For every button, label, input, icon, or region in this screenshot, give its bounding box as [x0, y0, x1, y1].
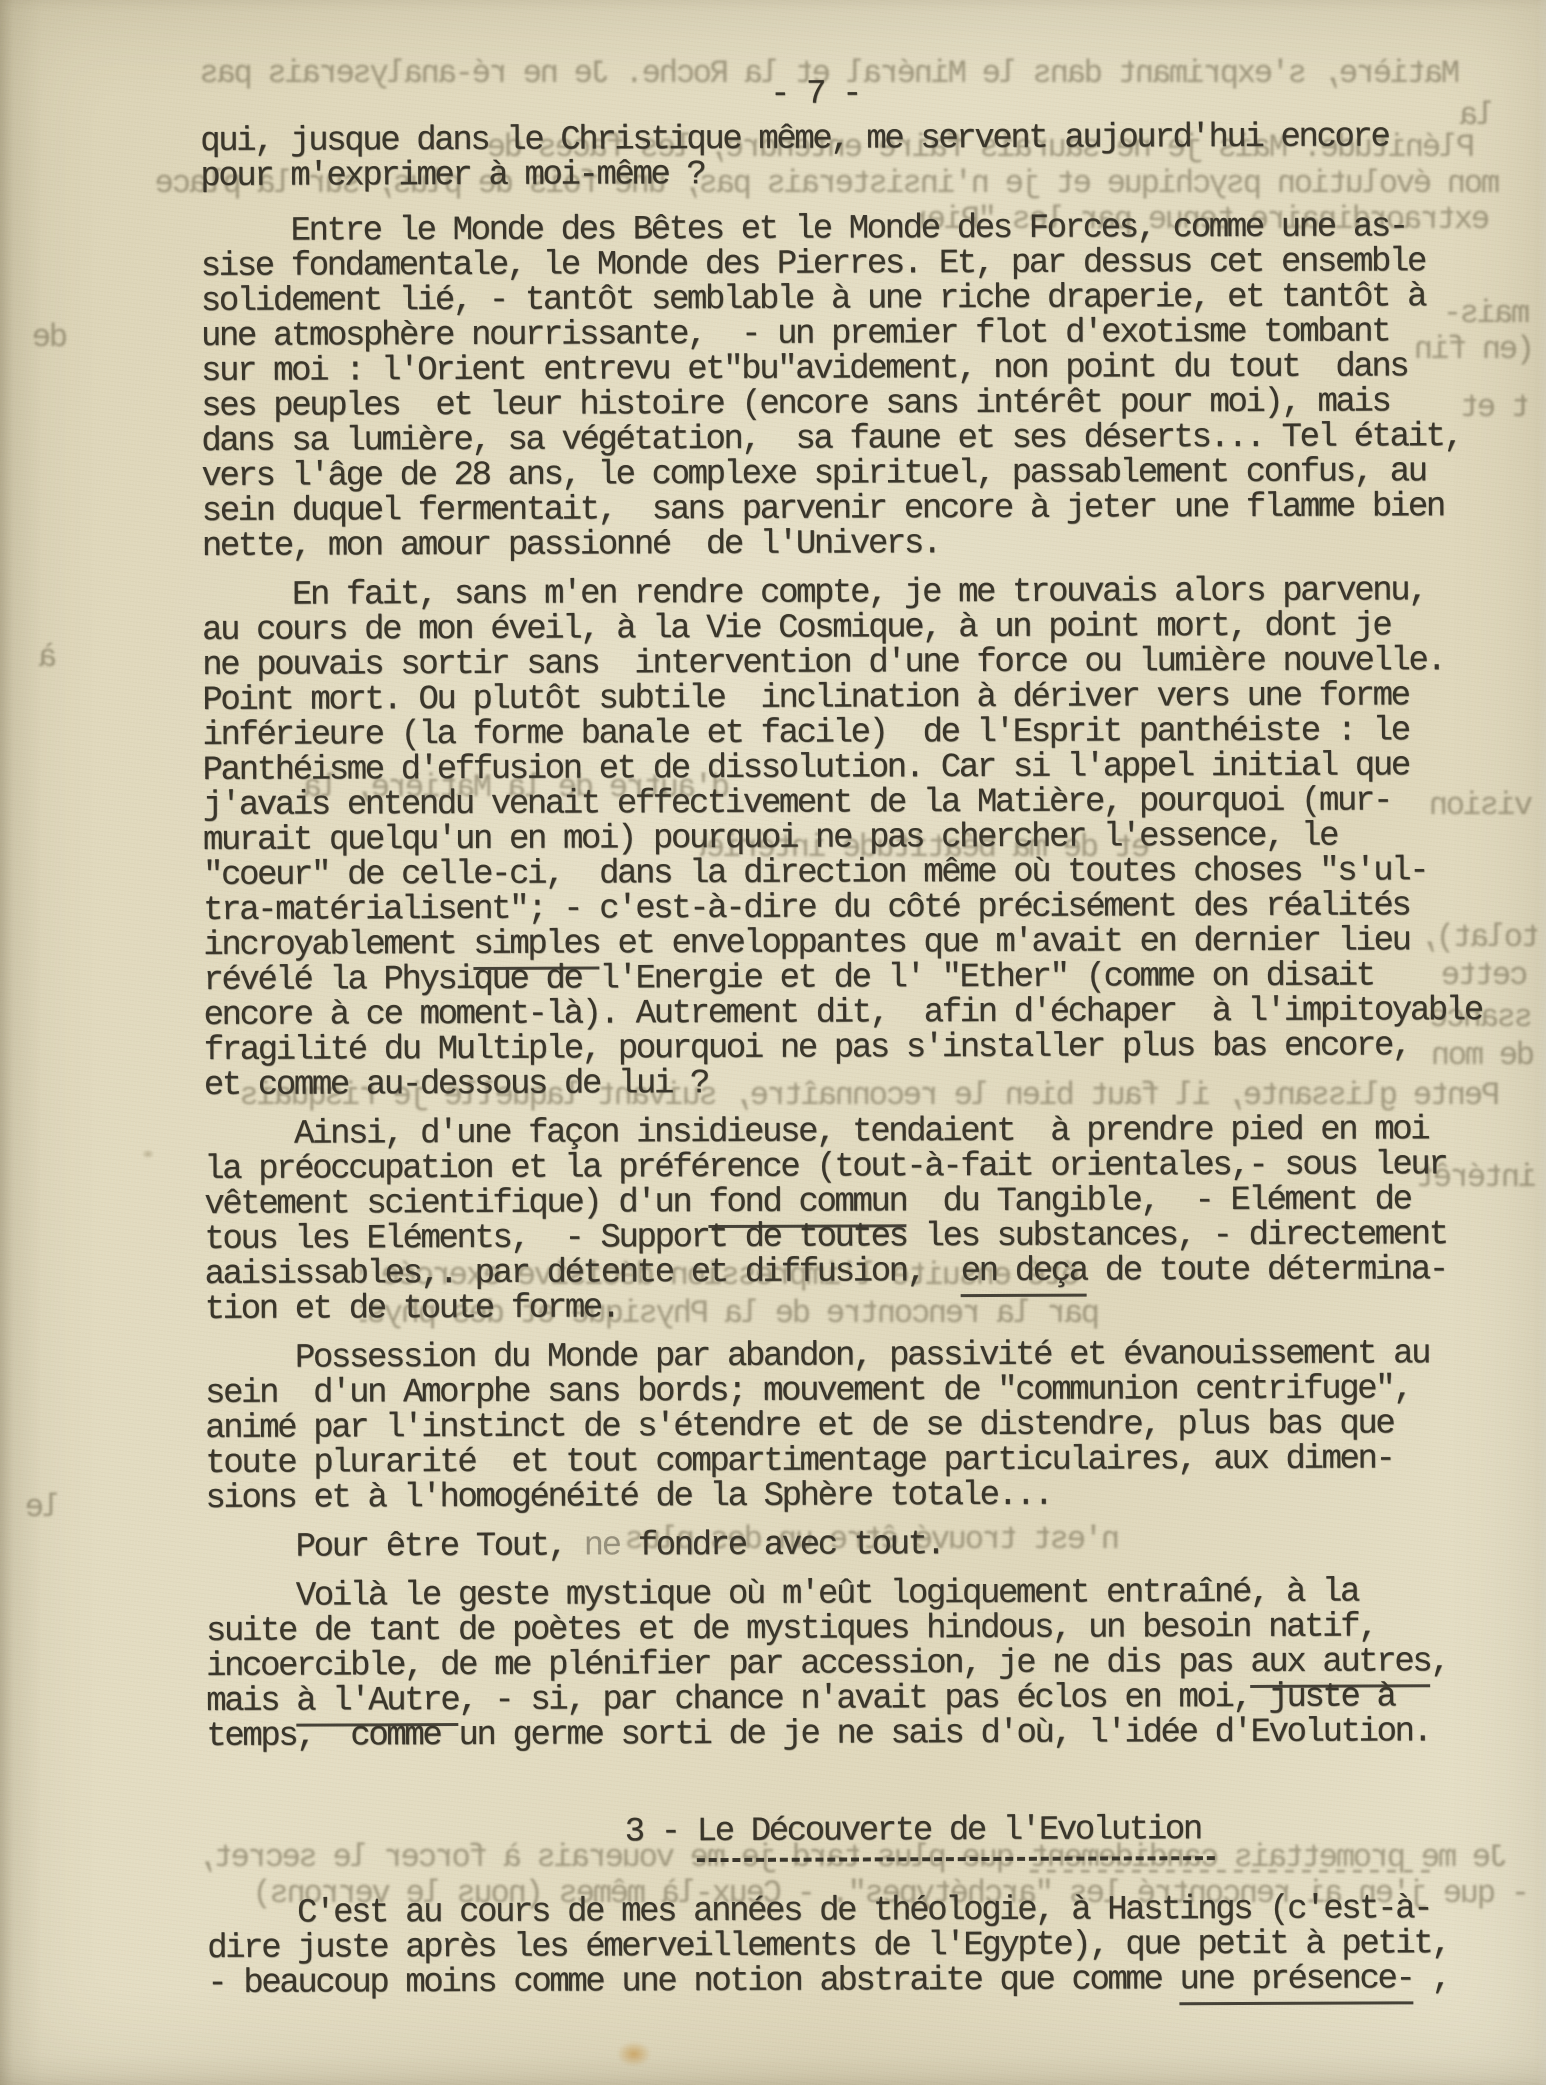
text-line: sein duquel fermentait, sans parvenir en…: [202, 490, 1532, 530]
text-segment: temps, comme un germe sorti de je ne sai…: [206, 1713, 1430, 1756]
text-line: pour m'exprimer à moi-même ?: [200, 155, 1530, 195]
text-line: fragilité du Multiple, pourquoi ne pas s…: [204, 1029, 1534, 1069]
paper-stain: [140, 1148, 156, 1160]
text-line: - beaucoup moins comme une notion abstra…: [207, 1962, 1537, 2002]
heading-title: Le Découverte de l'Evolution: [697, 1811, 1215, 1862]
text-line: aaisissables,. par détente et diffusion,…: [205, 1253, 1535, 1293]
text-segment: de toute détermina-: [1087, 1251, 1447, 1290]
text-segment: ,: [1413, 1960, 1449, 1998]
text-line: qui, jusque dans le Christique même, me …: [200, 120, 1530, 160]
paragraph: qui, jusque dans le Christique même, me …: [200, 120, 1530, 195]
text-line: tion et de toute forme.: [205, 1288, 1535, 1328]
underlined-text: en deça: [961, 1253, 1087, 1297]
text-line: temps, comme un germe sorti de je ne sai…: [206, 1715, 1536, 1755]
bleedthrough-text: à: [12, 640, 57, 678]
text-line: Pour être Tout, ne fondre avec tout.: [206, 1526, 1536, 1566]
text-segment: sein duquel fermentait, sans parvenir en…: [202, 488, 1444, 531]
bleedthrough-text: le: [6, 1490, 61, 1528]
text-segment: qui, jusque dans le Christique même, me …: [200, 118, 1388, 161]
paragraph: Voilà le geste mystique où m'eût logique…: [206, 1575, 1537, 1755]
text-segment: - beaucoup moins comme une notion abstra…: [207, 1961, 1179, 2003]
text-segment: ,: [1430, 1643, 1448, 1681]
text-line: nette, mon amour passionné de l'Univers.: [202, 525, 1532, 565]
scanned-document-page: Matière, s'exprimant dans le Minéral et …: [0, 0, 1546, 2085]
text-segment: aaisissables,. par détente et diffusion,: [205, 1253, 961, 1294]
text-segment: Pour être Tout,: [206, 1528, 584, 1567]
text-segment: nette, mon amour passionné de l'Univers.: [202, 525, 940, 566]
text-segment: toute plurarité et tout compartimentage …: [205, 1440, 1393, 1483]
text-line: et comme au-dessous de lui ?: [204, 1064, 1534, 1104]
text-segment: du Tangible, - Elément de: [906, 1181, 1410, 1221]
text-segment: et comme au-dessous de lui ?: [204, 1065, 708, 1105]
text-segment: pour m'exprimer à moi-même ?: [200, 156, 704, 196]
underlined-text: une présence-: [1179, 1960, 1413, 2005]
paragraph: Entre le Monde des Bêtes et le Monde des…: [201, 210, 1532, 565]
page-number: - 7 -: [150, 75, 1480, 115]
paragraph: Possession du Monde par abandon, passivi…: [205, 1337, 1536, 1517]
text-segment: incroyablement: [203, 926, 473, 965]
section-heading: 3 - Le Découverte de l'Evolution: [625, 1812, 1537, 1851]
text-line: sions et à l'homogénéité de la Sphère to…: [205, 1477, 1535, 1517]
paper-stain: [612, 2038, 656, 2070]
paragraph: C'est au cours de mes années de théologi…: [207, 1892, 1537, 2002]
paragraph: Pour être Tout, ne fondre avec tout.: [206, 1526, 1536, 1566]
text-segment: ne: [584, 1527, 620, 1565]
text-segment: vêtement scientifique) d'un: [204, 1184, 708, 1224]
text-segment: sions et à l'homogénéité de la Sphère to…: [205, 1477, 1051, 1518]
text-segment: fondre avec tout.: [620, 1526, 944, 1565]
paragraph: Ainsi, d'une façon insidieuse, tendaient…: [204, 1113, 1535, 1328]
text-segment: tion et de toute forme.: [205, 1289, 619, 1329]
text-segment: mais: [206, 1683, 296, 1721]
bleedthrough-text: de: [8, 320, 68, 358]
text-segment: fragilité du Multiple, pourquoi ne pas s…: [204, 1027, 1410, 1070]
text-line: toute plurarité et tout compartimentage …: [205, 1442, 1535, 1482]
typewritten-text: - 7 - qui, jusque dans le Christique mêm…: [200, 75, 1537, 2016]
heading-number: 3 -: [625, 1813, 697, 1851]
paragraph: En fait, sans m'en rendre compte, je me …: [202, 574, 1534, 1104]
